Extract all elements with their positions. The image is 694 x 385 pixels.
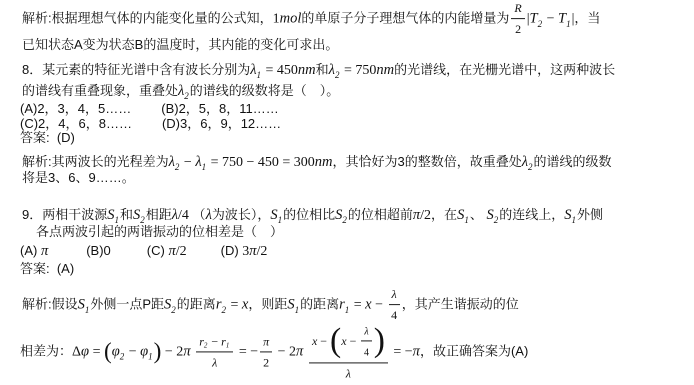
- text-run: 的位相超前: [348, 207, 413, 222]
- math-roman: = −: [235, 345, 258, 360]
- text-run: (A)2，3，4，5……: [20, 101, 131, 116]
- math-subscript: 2: [120, 352, 125, 362]
- math-subscript: 1: [345, 305, 350, 315]
- text-run: 8．某元素的特征光谱中含有波长分别为: [22, 62, 250, 77]
- math-subscript: 1: [295, 305, 300, 315]
- text-line-2: 已知状态A变为状态B的温度时，其内能的变化可求出。: [22, 36, 338, 54]
- text-run: (C): [147, 243, 169, 258]
- document-page: 解析:根据理想气体的内能变化量的公式知，1mol的单原子分子理想气体的内能增量为…: [0, 0, 694, 385]
- math-roman: −: [372, 298, 387, 313]
- text-line-1: 解析:根据理想气体的内能变化量的公式知，1mol的单原子分子理想气体的内能增量为…: [22, 0, 600, 39]
- text-run: 的距离: [300, 297, 339, 312]
- math-roman: 4: [391, 309, 397, 323]
- text-run: 答案: (D): [20, 130, 75, 145]
- text-line-7: 答案: (D): [20, 129, 75, 147]
- text-line-9: 将是3、6、9……。: [22, 169, 135, 187]
- math-roman: 4: [364, 348, 369, 359]
- text-run: (D): [221, 243, 243, 258]
- math-roman: Δ: [72, 345, 81, 360]
- math-subscript: 1: [148, 352, 153, 362]
- math-roman: =: [350, 298, 365, 313]
- fraction: λ4: [389, 285, 400, 325]
- math-subscript: 2: [538, 19, 543, 29]
- text-line-3: 8．某元素的特征光谱中含有波长分别为λ1 = 450nm和λ2 = 750nm的…: [22, 61, 615, 79]
- text-run: 的谱线有重叠现象，重叠处: [22, 83, 178, 98]
- math-variable: φ: [81, 344, 89, 360]
- math-roman: =: [89, 345, 104, 360]
- fraction-denominator: λ: [196, 353, 233, 372]
- text-run: 解析:其两波长的光程差为: [22, 154, 169, 169]
- math-subscript: 1: [257, 70, 262, 80]
- math-roman: −: [208, 334, 221, 348]
- math-variable: λ: [212, 356, 217, 370]
- math-variable: S: [78, 297, 85, 313]
- text-run: (D)3，6，9，12……: [162, 116, 281, 131]
- math-variable: π: [168, 243, 175, 259]
- math-variable: nm: [376, 62, 394, 78]
- math-variable: S: [287, 297, 294, 313]
- fraction-numerator: λ: [361, 321, 371, 341]
- math-roman: = 450: [262, 63, 298, 78]
- math-roman: −: [317, 334, 330, 348]
- text-run: 外侧: [577, 207, 603, 222]
- fraction-denominator: λ: [309, 363, 388, 382]
- math-roman: −: [347, 334, 360, 348]
- fraction-numerator: r2 − r1: [196, 332, 233, 352]
- math-roman: /2: [420, 208, 431, 223]
- text-run: (A): [20, 243, 41, 258]
- text-run: 外侧一点P距: [90, 297, 164, 312]
- math-subscript: 2: [175, 162, 180, 172]
- text-line-15: 相差为：Δφ = (φ2 − φ1) − 2π r2 − r1λ = −π2 −…: [20, 321, 528, 382]
- text-run: 的光谱线，在光栅光谱中，这两种波长: [394, 62, 615, 77]
- math-variable: π: [41, 243, 48, 259]
- fraction: λ4: [361, 321, 371, 361]
- text-line-14: 解析:假设S1外侧一点P距S2的距离r2 = x，则距S1的距离r1 = x −…: [22, 285, 519, 325]
- math-roman: 1: [273, 12, 280, 27]
- math-variable: λ: [329, 62, 335, 78]
- text-run: 的距离: [177, 297, 216, 312]
- math-variable: mol: [280, 11, 302, 27]
- text-run: 和: [316, 62, 329, 77]
- math-roman: = −: [390, 345, 413, 360]
- math-variable: π: [249, 243, 256, 259]
- text-run: ，其产生谐振动的位: [402, 297, 519, 312]
- math-variable: λ: [169, 154, 175, 170]
- text-run: ，其恰好为3的整数倍，故重叠处: [333, 154, 522, 169]
- math-subscript: 2: [528, 162, 533, 172]
- text-line-12: (A) π(B)0(C) π/2(D) 3π/2: [20, 242, 267, 260]
- text-run: 的位相比: [283, 207, 335, 222]
- text-run: 、: [470, 207, 487, 222]
- math-variable: π: [263, 334, 269, 348]
- math-roman: = 750: [340, 63, 376, 78]
- math-variable: nm: [298, 62, 316, 78]
- text-run: ，当: [574, 11, 600, 26]
- math-roman: − 2: [274, 345, 296, 360]
- fraction-denominator: 4: [361, 342, 371, 361]
- text-run: ，则距: [248, 297, 287, 312]
- math-variable: π: [296, 344, 307, 360]
- fraction-numerator: π: [260, 332, 272, 352]
- math-roman: =: [227, 298, 242, 313]
- text-run: 的单原子分子理想气体的内能增量为: [301, 11, 509, 26]
- math-variable: S: [486, 207, 493, 223]
- text-run: 各点两波引起的两谐振动的位相差是（ ）: [36, 224, 283, 239]
- math-roman: −: [125, 345, 140, 360]
- text-run: 将是3、6、9……。: [22, 170, 135, 185]
- math-subscript: 1: [464, 215, 469, 225]
- text-run: ，在: [431, 207, 457, 222]
- fraction: π2: [260, 332, 272, 372]
- text-line-10: 9．两相干波源S1和S2相距λ/4 （λ为波长），S1的位相比S2的位相超前π/…: [22, 206, 603, 224]
- math-subscript: 2: [171, 305, 176, 315]
- math-variable: λ: [364, 326, 368, 337]
- text-line-13: 答案: (A): [20, 260, 74, 278]
- text-run: 的谱线的级数: [534, 154, 612, 169]
- math-subscript: 1: [566, 19, 571, 29]
- fraction: x − (x − λ4)λ: [309, 321, 388, 382]
- math-subscript: 1: [571, 215, 576, 225]
- text-run: 解析:根据理想气体的内能变化量的公式知，: [22, 11, 273, 26]
- text-run: 的连线上，: [499, 207, 564, 222]
- math-roman: 2: [263, 356, 269, 370]
- math-subscript: 2: [221, 305, 226, 315]
- math-roman: 2: [515, 23, 521, 37]
- text-run: 解析:假设: [22, 297, 78, 312]
- text-run: （: [189, 207, 206, 222]
- text-run: ，故正确答案为(A): [420, 344, 528, 359]
- math-roman: /4: [178, 208, 189, 223]
- math-subscript: 2: [342, 215, 347, 225]
- text-run: 为波长），: [212, 207, 271, 222]
- math-subscript: 2: [494, 215, 499, 225]
- math-variable: π: [413, 344, 420, 360]
- fraction-denominator: 2: [511, 20, 524, 39]
- math-roman: −: [180, 155, 195, 170]
- math-variable: π: [183, 344, 194, 360]
- text-run: 相距: [146, 207, 172, 222]
- math-roman: /2: [176, 244, 187, 259]
- math-roman: /2: [257, 244, 268, 259]
- text-run: (B)0: [86, 243, 111, 258]
- math-subscript: 2: [335, 70, 340, 80]
- math-subscript: 1: [85, 305, 90, 315]
- math-variable: λ: [346, 366, 351, 380]
- math-subscript: 1: [202, 162, 207, 172]
- fraction-numerator: x − (x − λ4): [309, 321, 388, 363]
- math-variable: φ: [112, 344, 120, 360]
- math-variable: r: [339, 297, 345, 313]
- math-roman: = 750 − 450 = 300: [207, 155, 315, 170]
- math-variable: T: [530, 11, 538, 27]
- fraction: R2: [511, 0, 524, 39]
- math-variable: T: [558, 11, 566, 27]
- math-roman: − 2: [161, 345, 183, 360]
- text-run: 和: [120, 207, 133, 222]
- math-subscript: 1: [226, 341, 230, 349]
- math-variable: R: [514, 1, 521, 15]
- text-run: 已知状态A变为状态B的温度时，其内能的变化可求出。: [22, 37, 338, 52]
- fraction-numerator: R: [511, 0, 524, 20]
- fraction-denominator: 2: [260, 353, 272, 372]
- big-paren-glyph: ): [374, 322, 385, 359]
- fraction: r2 − r1λ: [196, 332, 233, 372]
- math-variable: S: [270, 207, 277, 223]
- math-subscript: 2: [204, 341, 208, 349]
- math-roman: −: [543, 12, 558, 27]
- fraction-numerator: λ: [389, 285, 400, 305]
- text-run: 相差为：: [20, 344, 72, 359]
- text-run: 的谱线的级数将是（ ）。: [190, 83, 340, 98]
- math-variable: λ: [392, 287, 397, 301]
- math-variable: nm: [315, 154, 333, 170]
- math-variable: φ: [140, 344, 148, 360]
- text-run: 答案: (A): [20, 261, 74, 276]
- math-variable: λ: [250, 62, 256, 78]
- text-line-4: 的谱线有重叠现象，重叠处λ2的谱线的级数将是（ ）。: [22, 82, 339, 100]
- big-paren-glyph: (: [330, 322, 341, 359]
- text-line-11: 各点两波引起的两谐振动的位相差是（ ）: [36, 223, 283, 241]
- big-paren-glyph: (: [104, 339, 112, 365]
- math-variable: λ: [195, 154, 201, 170]
- text-run: (B)2，5，8，11……: [161, 101, 279, 116]
- text-run: 9．两相干波源: [22, 207, 107, 222]
